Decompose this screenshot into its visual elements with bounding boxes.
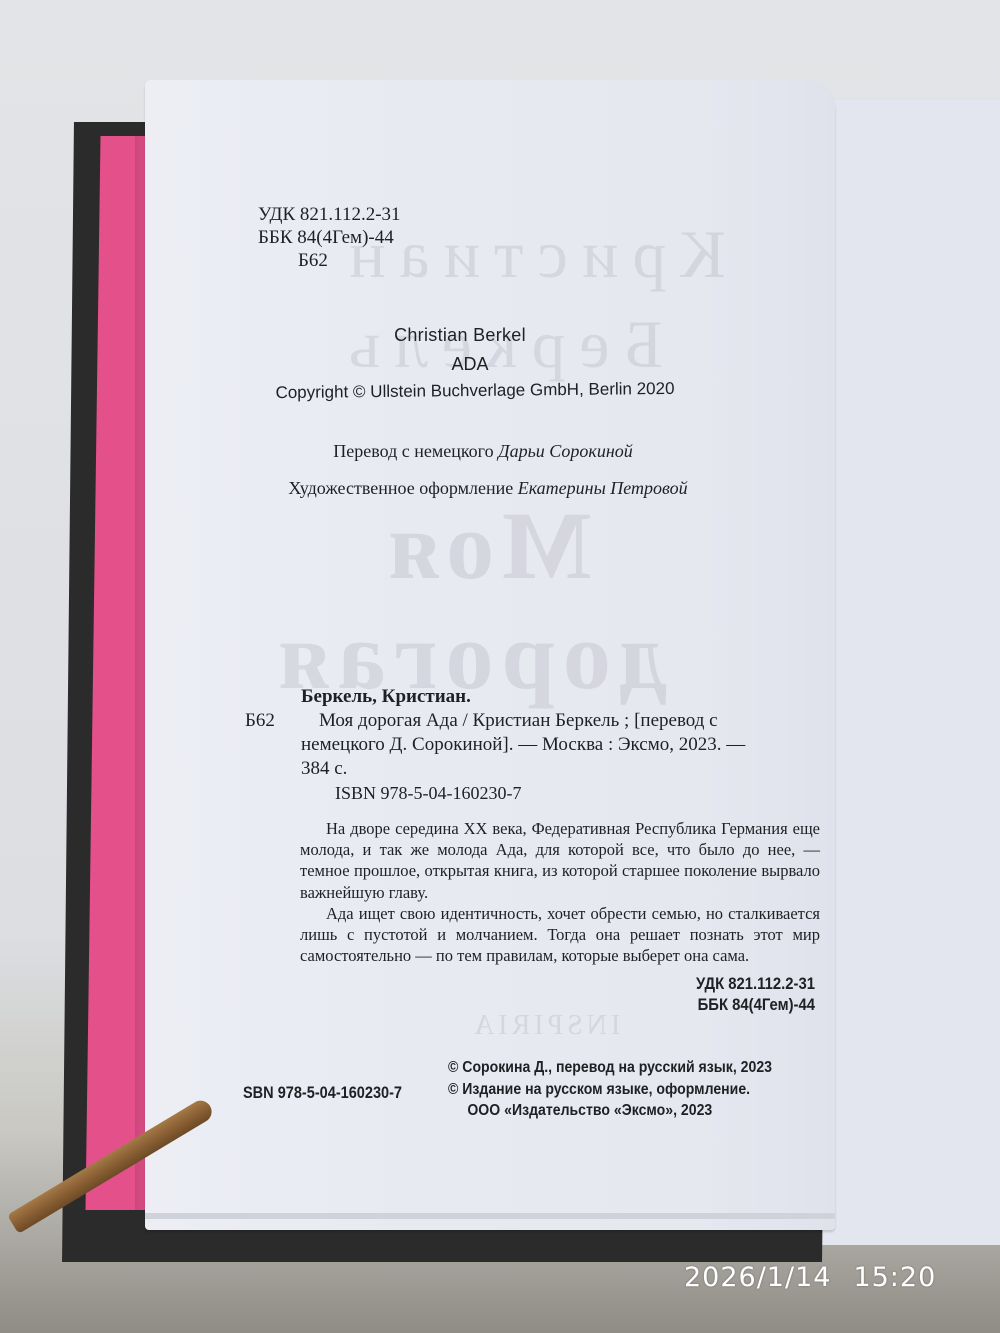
isbn: ISBN 978-5-04-160230-7 — [335, 783, 522, 804]
udk-code: УДК 821.112.2-31 — [622, 974, 816, 995]
original-author: Christian Berkel — [115, 325, 805, 346]
copyright-line: © Сорокина Д., перевод на русский язык, … — [448, 1057, 772, 1079]
record-line: Моя дорогая Ада / Кристиан Беркель ; [пе… — [301, 709, 718, 733]
copyright-line: ООО «Издательство «Эксмо», 2023 — [448, 1100, 772, 1122]
page-bottom-edge — [145, 1213, 835, 1219]
designer-name: Екатерины Петровой — [518, 478, 688, 498]
classification-codes: УДК 821.112.2-31 ББК 84(4Гем)-44 Б62 — [258, 203, 401, 272]
copyright-notices: © Сорокина Д., перевод на русский язык, … — [448, 1057, 772, 1122]
record-heading: Беркель, Кристиан. — [245, 685, 745, 709]
designer-label: Художественное оформление — [288, 478, 513, 498]
record-author-mark: Б62 — [245, 709, 301, 733]
udk-code: УДК 821.112.2-31 — [258, 203, 401, 226]
bottom-classification-codes: УДК 821.112.2-31 ББК 84(4Гем)-44 — [622, 974, 816, 1016]
timestamp-time: 15:20 — [831, 1262, 936, 1293]
annotation-paragraph: Ада ищет свою идентичность, хочет обрест… — [300, 903, 820, 967]
bibliographic-record: Беркель, Кристиан. Б62 Моя дорогая Ада /… — [245, 685, 745, 781]
translator-name: Дарьи Сорокиной — [498, 441, 633, 461]
annotation-paragraph: На дворе середина XX века, Федеративная … — [300, 818, 820, 903]
original-title: ADA — [125, 354, 815, 375]
translator-credit: Перевод с немецкого Дарьи Сорокиной — [138, 441, 828, 462]
timestamp-date: 2026/1/14 — [684, 1262, 831, 1293]
show-through-text: Моя — [380, 490, 591, 601]
annotation: На дворе середина XX века, Федеративная … — [300, 818, 820, 966]
photo-timestamp: 2026/1/1415:20 — [684, 1262, 936, 1293]
isbn-bottom: SBN 978-5-04-160230-7 — [243, 1084, 402, 1103]
record-line: немецкого Д. Сорокиной]. — Москва : Эксм… — [301, 733, 745, 757]
show-through-text: INSPIRIA — [470, 1010, 620, 1042]
bbk-code: ББК 84(4Гем)-44 — [258, 226, 401, 249]
record-line: 384 с. — [301, 757, 347, 781]
bbk-code: ББК 84(4Гем)-44 — [622, 995, 816, 1016]
copyright-line: © Издание на русском языке, оформление. — [448, 1079, 772, 1101]
designer-credit: Художественное оформление Екатерины Петр… — [143, 478, 833, 499]
translator-label: Перевод с немецкого — [333, 441, 493, 461]
author-mark: Б62 — [258, 249, 401, 272]
